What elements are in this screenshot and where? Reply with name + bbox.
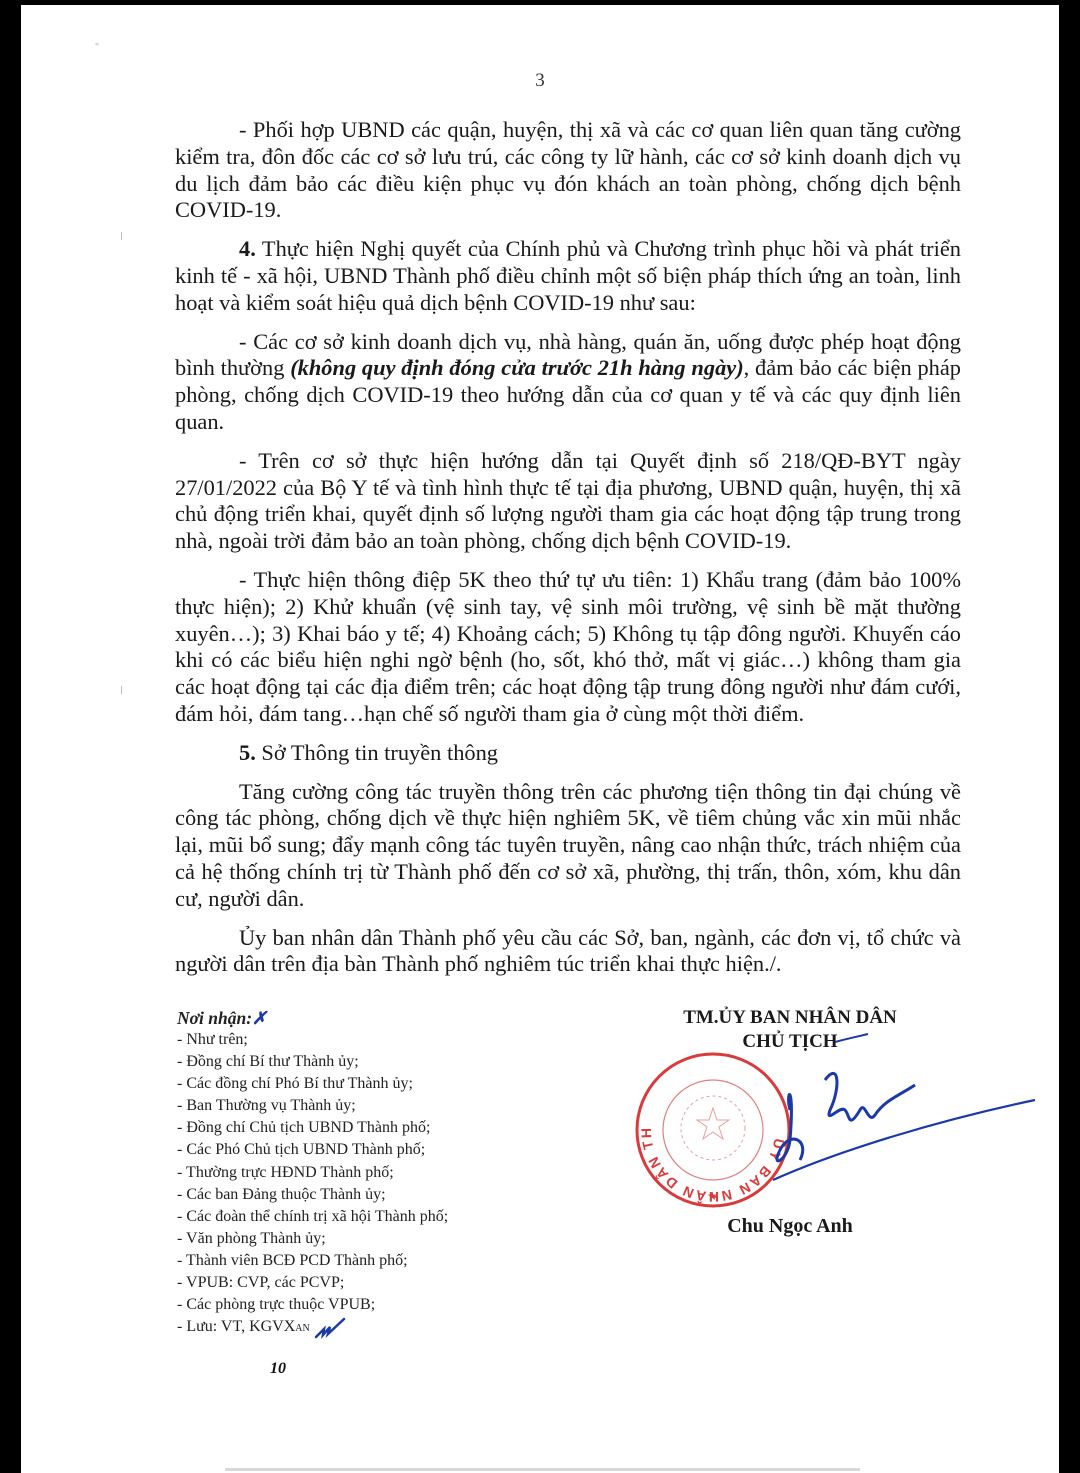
recipient-item: - Thành viên BCĐ PCD Thành phố; [177, 1250, 537, 1272]
section-4-heading: 4. Thực hiện Nghị quyết của Chính phủ và… [175, 236, 961, 316]
copy-count: 10 [270, 1360, 286, 1378]
recipient-item: - Như trên; [177, 1029, 537, 1051]
handwritten-signature-icon [690, 1030, 1040, 1190]
recipient-item: - Các đoàn thể chính trị xã hội Thành ph… [177, 1206, 537, 1228]
signer-name: Chu Ngọc Anh [640, 1215, 940, 1238]
recipient-item: - VPUB: CVP, các PCVP; [177, 1272, 537, 1294]
paragraph-tourism: - Phối hợp UBND các quận, huyện, thị xã … [175, 117, 961, 224]
document-body: - Phối hợp UBND các quận, huyện, thị xã … [175, 117, 961, 990]
section-5-heading: 5. Sở Thông tin truyền thông [175, 740, 961, 767]
recipient-item: - Văn phòng Thành ủy; [177, 1228, 537, 1250]
recipient-item: - Các Phó Chủ tịch UBND Thành phố; [177, 1139, 537, 1161]
margin-marks: " [95, 42, 99, 53]
signature-organization: TM.ỦY BAN NHÂN DÂN [640, 1005, 940, 1031]
initial-signature-icon [314, 1317, 348, 1339]
recipient-item: - Các phòng trực thuộc VPUB; [177, 1294, 537, 1316]
section-number: 4. [239, 236, 256, 261]
page-number: 3 [0, 70, 1080, 92]
svg-text:★: ★ [707, 1189, 718, 1203]
recipient-items: - Như trên;- Đồng chí Bí thư Thành ủy;- … [177, 1029, 537, 1316]
paragraph-decision-218: - Trên cơ sở thực hiện hướng dẫn tại Quy… [175, 448, 961, 555]
recipient-item: - Ban Thường vụ Thành ủy; [177, 1095, 537, 1117]
paragraph-communication: Tăng cường công tác truyền thông trên cá… [175, 779, 961, 913]
margin-tick [121, 232, 122, 240]
recipients-title: Nơi nhận:✗ [177, 1007, 537, 1029]
recipient-item: - Các đồng chí Phó Bí thư Thành ủy; [177, 1073, 537, 1095]
recipients-list: Nơi nhận:✗ - Như trên;- Đồng chí Bí thư … [177, 1007, 537, 1340]
page-bottom-rule [225, 1468, 860, 1471]
recipient-item: - Đồng chí Bí thư Thành ủy; [177, 1051, 537, 1073]
initial-mark-icon: ✗ [252, 1008, 267, 1028]
paragraph-restaurants: - Các cơ sở kinh doanh dịch vụ, nhà hàng… [175, 329, 961, 436]
emphasis-text: (không quy định đóng cửa trước 21h hàng … [290, 355, 743, 380]
recipient-item: - Các ban Đảng thuộc Thành ủy; [177, 1184, 537, 1206]
recipient-item: - Đồng chí Chủ tịch UBND Thành phố; [177, 1117, 537, 1139]
recipient-item: - Thường trực HĐND Thành phố; [177, 1162, 537, 1184]
section-number: 5. [239, 740, 256, 765]
recipient-item-archive: - Lưu: VT, KGVXAN [177, 1316, 537, 1340]
paragraph-5k-message: - Thực hiện thông điệp 5K theo thứ tự ưu… [175, 567, 961, 728]
paragraph-closing: Ủy ban nhân dân Thành phố yêu cầu các Sở… [175, 925, 961, 979]
margin-tick [121, 686, 122, 694]
